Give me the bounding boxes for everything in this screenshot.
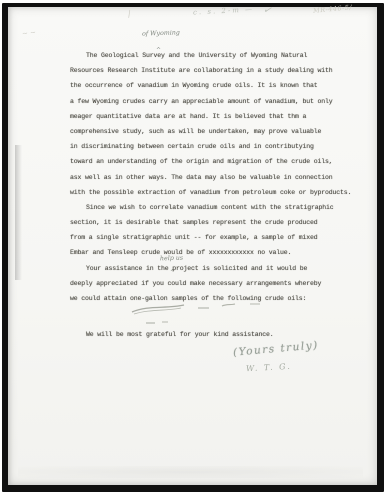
- scan-bottom-smudge: [18, 466, 363, 478]
- check-mark: ✓: [262, 4, 272, 17]
- letter-page: ~ ~ | c. s. 2-m — ✓ MR-446-5/ of Wyoming…: [8, 7, 377, 485]
- handwritten-initials: W. T. G.: [246, 362, 292, 373]
- letter-closing-line: We will be most grateful for your kind a…: [70, 327, 366, 342]
- pencil-mark-top-left: ~ ~: [22, 28, 37, 37]
- letter-line: toward an understanding of the origin an…: [70, 154, 366, 169]
- pencil-scribble-strokes: [126, 297, 286, 327]
- handwritten-insert-of-wyoming: of Wyoming: [142, 29, 180, 37]
- pencil-tick: |: [127, 9, 131, 18]
- letter-line: from a single stratigraphic unit -- for …: [70, 230, 366, 245]
- letter-line: Your assistance in the project is solici…: [70, 261, 366, 276]
- scan-edge-smudge: [15, 145, 22, 280]
- letter-line: meager quantitative data are at hand. It…: [70, 109, 366, 124]
- letter-line: the occurrence of vanadium in Wyoming cr…: [70, 78, 366, 93]
- letter-line: a few Wyoming crudes carry an appreciabl…: [70, 94, 366, 109]
- letter-line: section, it is desirable that samples re…: [70, 215, 366, 230]
- letter-line: with the possible extraction of vanadium…: [70, 185, 366, 200]
- pencil-scribble-top-center: c. s. 2-m —: [193, 5, 254, 16]
- letter-line: Resources Research Institute are collabo…: [70, 63, 366, 78]
- letter-line: Since we wish to correlate vanadium cont…: [70, 200, 366, 215]
- letter-line: Embar and Tensleep crude would be of xxx…: [70, 245, 366, 260]
- letter-line: The Geological Survey and the University…: [70, 48, 366, 63]
- letter-line: comprehensive study, such as will be und…: [70, 124, 366, 139]
- letter-line: asx well as in other ways. The data may …: [70, 170, 366, 185]
- letter-line: deeply appreciated if you could make nec…: [70, 276, 366, 291]
- scanned-letter-screenshot: { "annotations": { "top_left_marks": "~ …: [0, 0, 386, 496]
- letter-line: in discriminating between certain crude …: [70, 139, 366, 154]
